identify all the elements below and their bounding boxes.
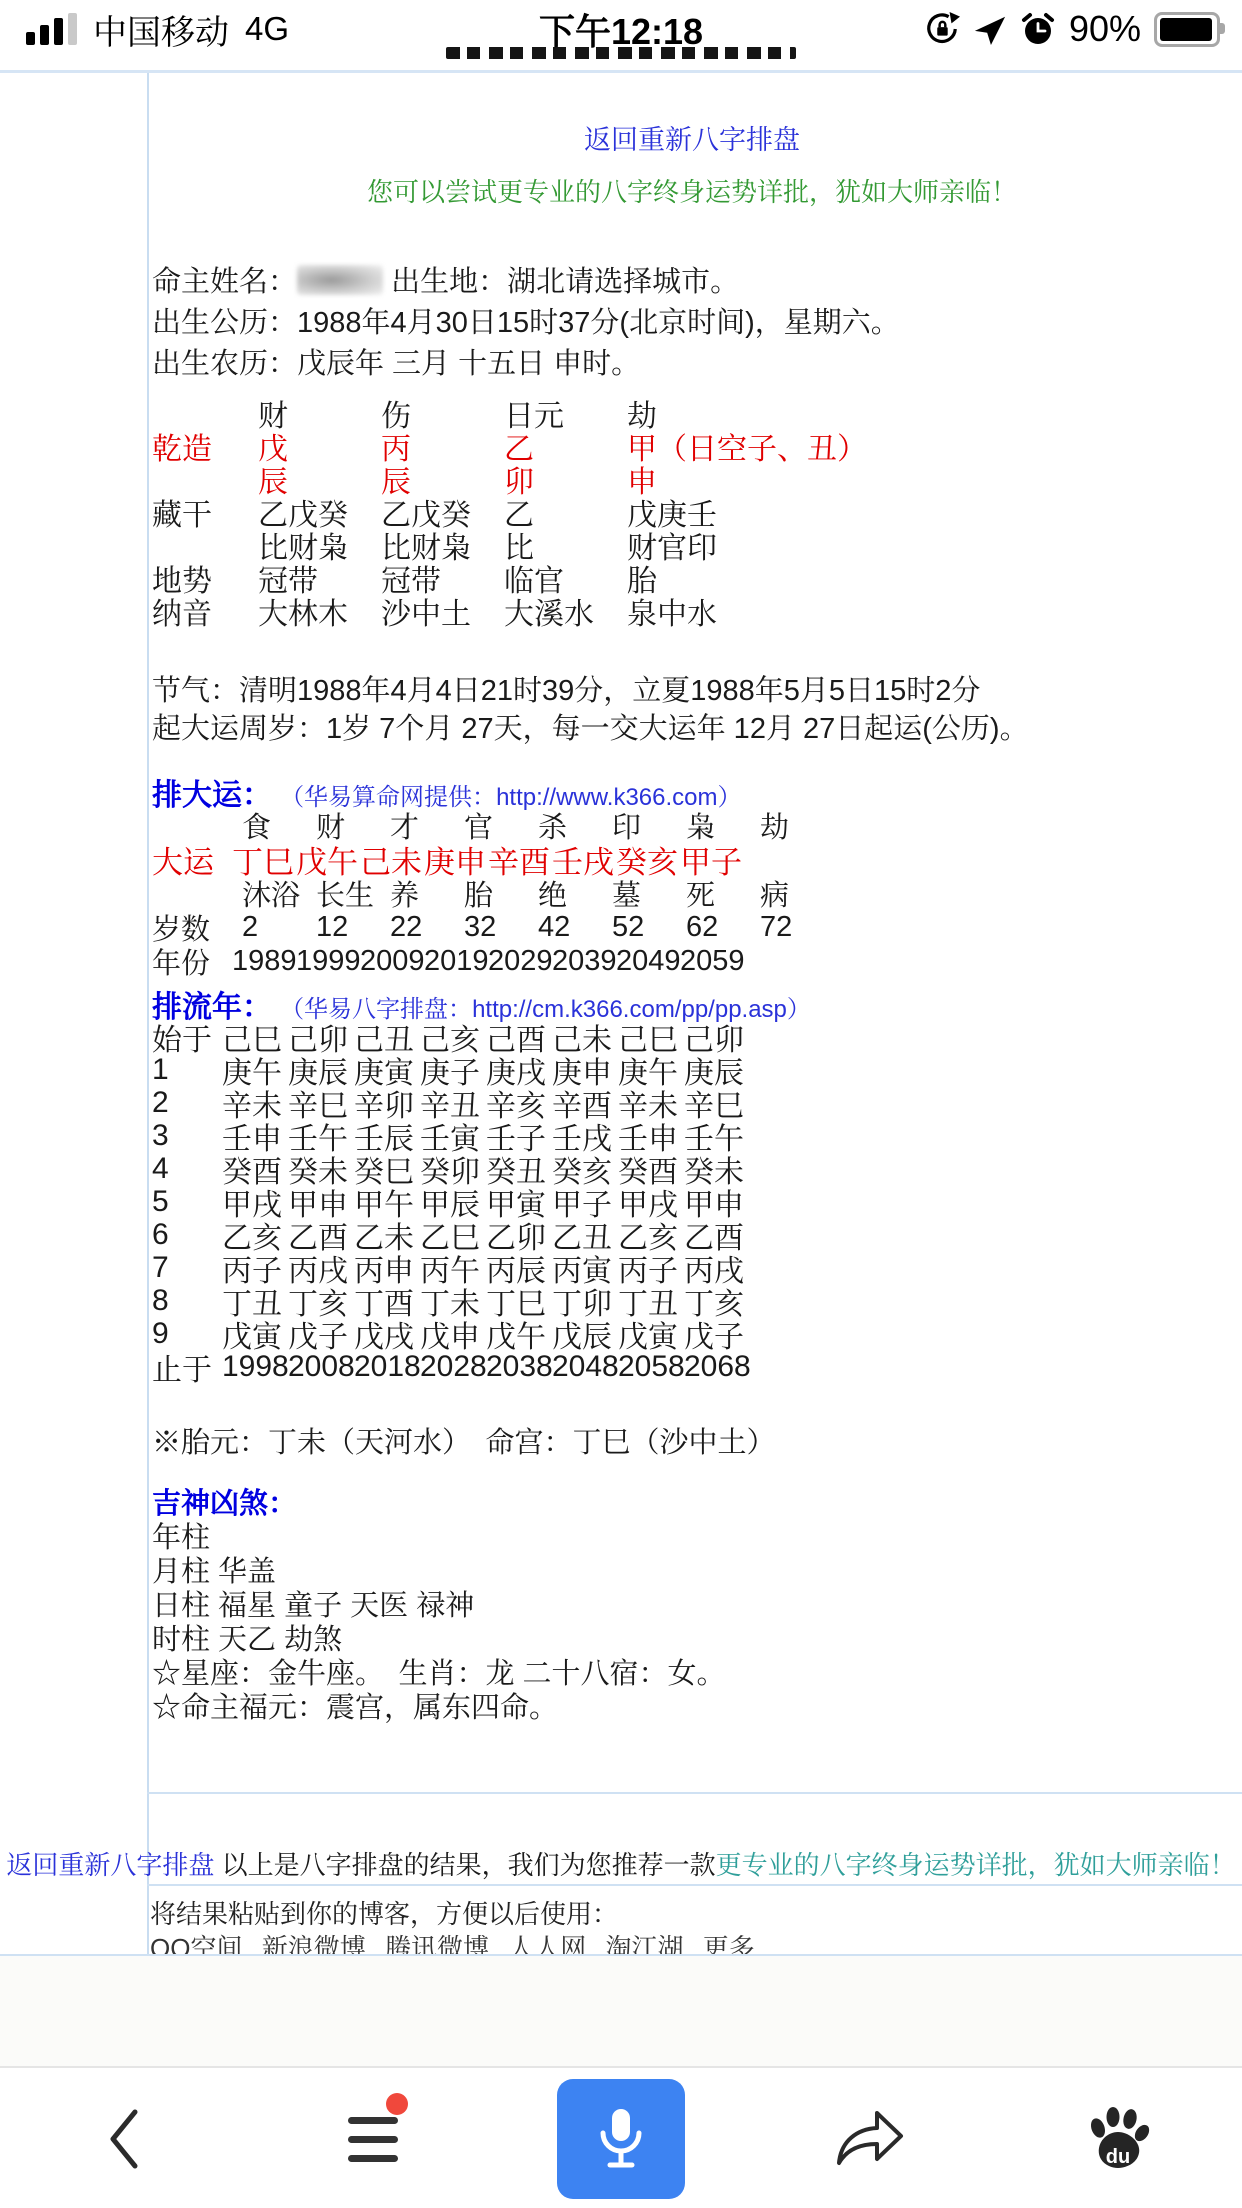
solar-terms-block: 节气：清明1988年4月4日21时39分，立夏1988年5月5日15时2分 起大… xyxy=(152,672,1232,748)
table-cell: 死 xyxy=(676,873,750,914)
table-cell: 藏干 xyxy=(152,490,258,534)
chevron-left-icon xyxy=(107,2108,141,2170)
table-row: 沐浴长生养胎绝墓死病 xyxy=(152,876,1232,910)
table-cell: 乾造 xyxy=(152,424,258,468)
voice-search-button[interactable] xyxy=(497,2068,745,2208)
share-button[interactable] xyxy=(745,2068,993,2208)
table-cell: 大林木 xyxy=(258,589,381,633)
table-cell: 1999 xyxy=(296,945,360,978)
table-cell: 2049 xyxy=(616,945,680,978)
shensha-hour-pillar: 时柱 天乙 劫煞 xyxy=(152,1623,1232,1657)
orientation-lock-icon xyxy=(924,11,960,47)
table-cell: 72 xyxy=(750,911,824,944)
profile-name-line: 命主姓名： 出生地：湖北请选择城市。 xyxy=(152,262,1232,303)
table-row: 年份19891999200920192029203920492059 xyxy=(152,944,1232,978)
page-bottom-gap xyxy=(0,1956,1242,2066)
table-cell: 2008 xyxy=(288,1350,354,1384)
liunian-note-suffix: ） xyxy=(787,996,811,1023)
baidu-du-label: du xyxy=(1106,2146,1130,2168)
carrier-label: 中国移动 xyxy=(93,5,229,54)
table-cell: 2019 xyxy=(424,945,488,978)
share-arrow-icon xyxy=(831,2107,907,2171)
lunar-birth-line: 出生农历：戊辰年 三月 十五日 申时。 xyxy=(152,344,1232,385)
taiyuan-line: ※胎元：丁未（天河水） 命宫：丁巳（沙中土） xyxy=(152,1420,1232,1461)
table-cell: 2029 xyxy=(488,945,552,978)
baidu-paw-icon: du xyxy=(1085,2106,1151,2172)
browser-toolbar: du xyxy=(0,2066,1242,2208)
liunian-table: 始于己巳己卯己丑己亥己酉己未己巳己卯1庚午庚辰庚寅庚子庚戌庚申庚午庚辰2辛未辛巳… xyxy=(152,1020,1232,1383)
back-button[interactable] xyxy=(0,2068,248,2208)
profile-info: 命主姓名： 出生地：湖北请选择城市。 出生公历：1988年4月30日15时37分… xyxy=(152,262,1232,385)
zodiac-line: ☆星座：金牛座。 生肖：龙 二十八宿：女。 xyxy=(152,1657,1232,1691)
premium-analysis-link-bottom[interactable]: 更专业的八字终身运势详批，犹如大师亲临！ xyxy=(716,1850,1236,1880)
table-cell: 纳音 xyxy=(152,589,258,633)
table-cell: 大运 xyxy=(152,837,232,882)
table-cell: 泉中水 xyxy=(627,589,717,633)
table-cell: 2 xyxy=(232,911,306,944)
table-row: 止于19982008201820282038204820582068 xyxy=(152,1350,1232,1383)
table-cell: 6 xyxy=(152,1218,222,1252)
status-right: 90% xyxy=(924,8,1242,50)
table-cell: 年份 xyxy=(152,941,232,982)
table-cell: 胎 xyxy=(454,873,528,914)
battery-icon xyxy=(1154,12,1220,47)
table-cell: 62 xyxy=(676,911,750,944)
shensha-day-pillar: 日柱 福星 童子 天医 禄神 xyxy=(152,1589,1232,1623)
shensha-title: 吉神凶煞： xyxy=(152,1487,1232,1521)
table-cell: 2039 xyxy=(552,945,616,978)
table-cell: 病 xyxy=(750,873,824,914)
notification-badge xyxy=(386,2093,408,2115)
shensha-month-pillar: 月柱 华盖 xyxy=(152,1555,1232,1589)
network-type-label: 4G xyxy=(245,10,289,48)
top-divider xyxy=(0,70,1242,73)
phone-screen: 中国移动 4G 下午12:18 90% xyxy=(0,0,1242,2208)
location-services-icon xyxy=(973,12,1007,46)
table-cell: 52 xyxy=(602,911,676,944)
table-cell: 2038 xyxy=(486,1350,552,1384)
name-label: 命主姓名： xyxy=(152,266,297,298)
table-cell: 墓 xyxy=(602,873,676,914)
table-cell: 2058 xyxy=(618,1350,684,1384)
solar-birth-line: 出生公历：1988年4月30日15时37分(北京时间)，星期六。 xyxy=(152,303,1232,344)
table-cell: 绝 xyxy=(528,873,602,914)
table-cell: 大溪水 xyxy=(504,589,627,633)
rearrange-bazi-link-top[interactable]: 返回重新八字排盘 xyxy=(584,125,800,155)
signal-strength-icon xyxy=(26,13,77,45)
table-row: 大运丁巳戊午己未庚申辛酉壬戌癸亥甲子 xyxy=(152,842,1232,876)
table-row: 岁数212223242526272 xyxy=(152,910,1232,944)
table-cell: 3 xyxy=(152,1119,222,1153)
table-cell: 2 xyxy=(152,1086,222,1120)
table-cell: 2018 xyxy=(354,1350,420,1384)
table-cell: 止于 xyxy=(152,1345,222,1389)
premium-analysis-link-top[interactable]: 您可以尝试更专业的八字终身运势详批，犹如大师亲临！ xyxy=(367,177,1017,207)
table-cell: 2068 xyxy=(684,1350,750,1384)
pillars-table: 财伤日元劫乾造戊丙乙甲（日空子、丑）辰辰卯申藏干乙戊癸乙戊癸乙戊庚壬比财枭比财枭… xyxy=(152,396,1232,627)
content-left-border xyxy=(147,73,149,1956)
solar-terms-line: 节气：清明1988年4月4日21时39分，立夏1988年5月5日15时2分 xyxy=(152,672,1232,710)
table-cell: 沐浴 xyxy=(232,873,306,914)
paste-hint: 将结果粘贴到你的博客，方便以后使用： xyxy=(150,1894,618,1931)
hamburger-menu-icon xyxy=(348,2105,398,2174)
footer-divider-mid xyxy=(147,1884,1242,1886)
mic-button-background xyxy=(557,2079,685,2199)
dayun-table: 食财才官杀印枭劫大运丁巳戊午己未庚申辛酉壬戌癸亥甲子沐浴长生养胎绝墓死病岁数21… xyxy=(152,808,1232,978)
shensha-block: 吉神凶煞： 年柱 月柱 华盖 日柱 福星 童子 天医 禄神 时柱 天乙 劫煞 ☆… xyxy=(152,1487,1232,1725)
table-cell: 2028 xyxy=(420,1350,486,1384)
table-row: 纳音大林木沙中土大溪水泉中水 xyxy=(152,594,1232,627)
luck-start-line: 起大运周岁：1岁 7个月 27天，每一交大运年 12月 27日起运(公历)。 xyxy=(152,710,1232,748)
table-cell: 1998 xyxy=(222,1350,288,1384)
clipped-page-title xyxy=(446,47,796,59)
table-cell: 5 xyxy=(152,1185,222,1219)
microphone-icon xyxy=(586,2101,656,2177)
table-cell: 1 xyxy=(152,1053,222,1087)
table-cell: 1989 xyxy=(232,945,296,978)
rearrange-bazi-link-bottom[interactable]: 返回重新八字排盘 xyxy=(6,1850,214,1880)
table-cell: 沙中土 xyxy=(381,589,504,633)
table-cell: 7 xyxy=(152,1251,222,1285)
alarm-icon xyxy=(1020,11,1056,47)
table-cell: 4 xyxy=(152,1152,222,1186)
table-cell: 甲（日空子、丑） xyxy=(627,424,867,468)
table-cell: 劫 xyxy=(750,805,824,846)
table-cell: 12 xyxy=(306,911,380,944)
table-row: 9戊寅戊子戊戌戊申戊午戊辰戊寅戊子 xyxy=(152,1317,1232,1350)
footer-middle-text: 以上是八字排盘的结果，我们为您推荐一款 xyxy=(222,1850,716,1880)
status-left: 中国移动 4G xyxy=(0,5,289,54)
battery-percent-label: 90% xyxy=(1069,8,1141,50)
table-cell: 2009 xyxy=(360,945,424,978)
fuyuan-line: ☆命主福元：震宫，属东四命。 xyxy=(152,1691,1232,1725)
baidu-home-button[interactable]: du xyxy=(994,2068,1242,2208)
table-cell: 32 xyxy=(454,911,528,944)
table-cell: 2048 xyxy=(552,1350,618,1384)
table-cell: 22 xyxy=(380,911,454,944)
table-cell: 2059 xyxy=(680,945,744,978)
table-cell: 42 xyxy=(528,911,602,944)
birthplace-text: 出生地：湖北请选择城市。 xyxy=(391,266,739,298)
redacted-name xyxy=(297,265,383,295)
table-cell: 8 xyxy=(152,1284,222,1318)
table-cell: 养 xyxy=(380,873,454,914)
table-cell: 长生 xyxy=(306,873,380,914)
footer-recommend-row: 返回重新八字排盘 以上是八字排盘的结果，我们为您推荐一款更专业的八字终身运势详批… xyxy=(0,1845,1242,1882)
menu-button[interactable] xyxy=(248,2068,496,2208)
footer-divider-top xyxy=(147,1792,1242,1794)
shensha-year-pillar: 年柱 xyxy=(152,1521,1232,1555)
